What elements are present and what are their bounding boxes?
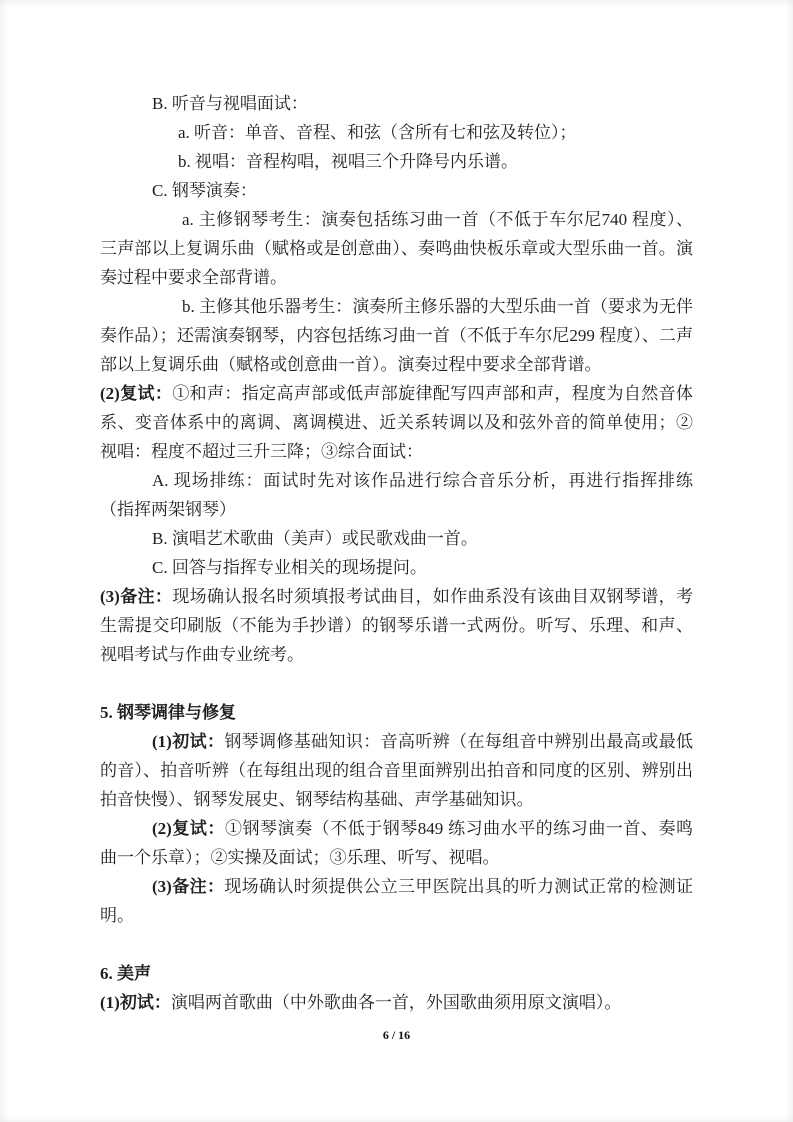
paragraph-text: B. 听音与视唱面试：	[152, 94, 308, 113]
paragraph-spacer	[100, 669, 693, 698]
paragraph: b. 主修其他乐器考生：演奏所主修乐器的大型乐曲一首（要求为无伴奏作品）；还需演…	[100, 292, 693, 379]
section-heading: 5. 钢琴调律与修复	[100, 698, 693, 727]
document-page: B. 听音与视唱面试：a. 听音：单音、音程、和弦（含所有七和弦及转位）；b. …	[0, 0, 793, 1122]
paragraph-text: ①和声：指定高声部或低声部旋律配写四声部和声，程度为自然音体系、变音体系中的离调…	[100, 384, 693, 461]
paragraph-text: 现场确认报名时须填报考试曲目，如作曲系没有该曲目双钢琴谱，考生需提交印刷版（不能…	[100, 587, 693, 664]
paragraph-label: (1)初试：	[152, 732, 224, 751]
paragraph-text: C. 钢琴演奏：	[152, 181, 257, 200]
paragraph-text: A. 现场排练：面试时先对该作品进行综合音乐分析，再进行指挥排练（指挥两架钢琴）	[100, 471, 693, 519]
paragraph-text: b. 视唱：音程构唱，视唱三个升降号内乐谱。	[178, 152, 518, 171]
paragraph-text: a. 主修钢琴考生：演奏包括练习曲一首（不低于车尔尼740 程度）、三声部以上复…	[100, 210, 693, 287]
paragraph: (1)初试：钢琴调修基础知识：音高听辨（在每组音中辨别出最高或最低的音）、拍音听…	[100, 727, 693, 814]
paragraph: B. 听音与视唱面试：	[100, 89, 693, 118]
paragraph-label: (2)复试：	[152, 819, 225, 838]
paragraph: (3)备注：现场确认报名时须填报考试曲目，如作曲系没有该曲目双钢琴谱，考生需提交…	[100, 582, 693, 669]
paragraph: (1)初试：演唱两首歌曲（中外歌曲各一首，外国歌曲须用原文演唱）。	[100, 988, 693, 1017]
paragraph-text: 6. 美声	[100, 964, 151, 983]
paragraph-label: (3)备注：	[100, 587, 172, 606]
paragraph-spacer	[100, 930, 693, 959]
paragraph-text: 5. 钢琴调律与修复	[100, 703, 236, 722]
paragraph: C. 钢琴演奏：	[100, 176, 693, 205]
paragraph-text: 演唱两首歌曲（中外歌曲各一首，外国歌曲须用原文演唱）。	[171, 993, 622, 1012]
document-content: B. 听音与视唱面试：a. 听音：单音、音程、和弦（含所有七和弦及转位）；b. …	[100, 89, 693, 1017]
paragraph: (2)复试：①和声：指定高声部或低声部旋律配写四声部和声，程度为自然音体系、变音…	[100, 379, 693, 466]
paragraph-text: b. 主修其他乐器考生：演奏所主修乐器的大型乐曲一首（要求为无伴奏作品）；还需演…	[100, 297, 693, 374]
paragraph: B. 演唱艺术歌曲（美声）或民歌戏曲一首。	[100, 524, 693, 553]
paragraph: b. 视唱：音程构唱，视唱三个升降号内乐谱。	[100, 147, 693, 176]
paragraph: A. 现场排练：面试时先对该作品进行综合音乐分析，再进行指挥排练（指挥两架钢琴）	[100, 466, 693, 524]
paragraph-text: C. 回答与指挥专业相关的现场提问。	[152, 558, 427, 577]
paragraph: a. 听音：单音、音程、和弦（含所有七和弦及转位）；	[100, 118, 693, 147]
section-heading: 6. 美声	[100, 959, 693, 988]
paragraph-text: B. 演唱艺术歌曲（美声）或民歌戏曲一首。	[152, 529, 478, 548]
paragraph-label: (1)初试：	[100, 993, 171, 1012]
paragraph: C. 回答与指挥专业相关的现场提问。	[100, 553, 693, 582]
page-number: 6 / 16	[0, 1028, 793, 1043]
paragraph-text: a. 听音：单音、音程、和弦（含所有七和弦及转位）；	[178, 123, 577, 142]
paragraph-label: (2)复试：	[100, 384, 172, 403]
paragraph: (3)备注：现场确认时须提供公立三甲医院出具的听力测试正常的检测证明。	[100, 872, 693, 930]
paragraph: a. 主修钢琴考生：演奏包括练习曲一首（不低于车尔尼740 程度）、三声部以上复…	[100, 205, 693, 292]
paragraph-label: (3)备注：	[152, 877, 224, 896]
paragraph: (2)复试：①钢琴演奏（不低于钢琴849 练习曲水平的练习曲一首、奏鸣曲一个乐章…	[100, 814, 693, 872]
